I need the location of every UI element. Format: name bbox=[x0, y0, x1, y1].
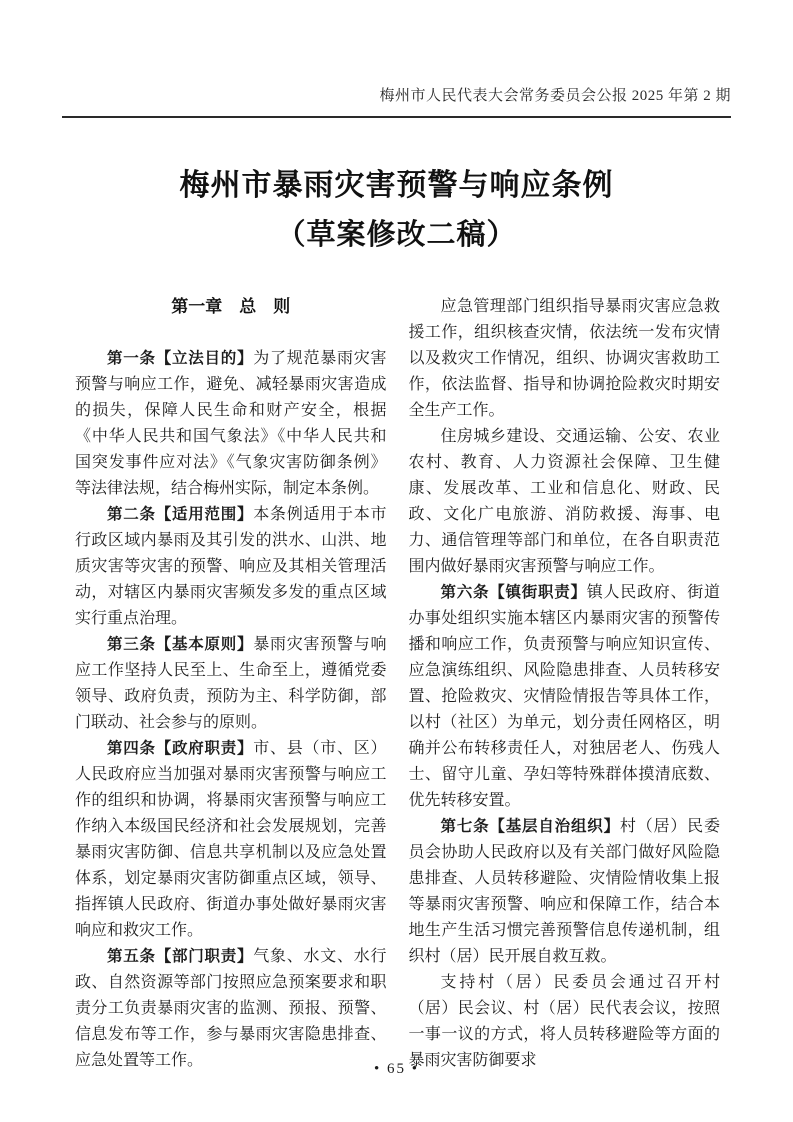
article-6-paragraph: 第六条【镇街职责】镇人民政府、街道办事处组织实施本辖区内暴雨灾害的预警传播和响应… bbox=[409, 580, 721, 814]
article-7-text: 村（居）民委员会协助人民政府以及有关部门做好风险隐患排查、人员转移避险、灾情险情… bbox=[409, 818, 721, 965]
document-title: 梅州市暴雨灾害预警与响应条例 bbox=[60, 166, 733, 206]
article-5-cont-1-text: 应急管理部门组织指导暴雨灾害应急救援工作，组织核查灾情，依法统一发布灾情以及救灾… bbox=[409, 298, 721, 419]
chapter-heading: 第一章 总 则 bbox=[75, 294, 387, 320]
article-7-paragraph: 第七条【基层自治组织】村（居）民委员会协助人民政府以及有关部门做好风险隐患排查、… bbox=[409, 814, 721, 970]
article-7-lead: 第七条【基层自治组织】 bbox=[441, 818, 620, 835]
right-column: 应急管理部门组织指导暴雨灾害应急救援工作，组织核查灾情，依法统一发布灾情以及救灾… bbox=[409, 294, 721, 1074]
article-5-cont-2-text: 住房城乡建设、交通运输、公安、农业农村、教育、人力资源社会保障、卫生健康、发展改… bbox=[409, 428, 721, 575]
article-1-paragraph: 第一条【立法目的】为了规范暴雨灾害预警与响应工作，避免、减轻暴雨灾害造成的损失，… bbox=[75, 346, 387, 502]
article-2-lead: 第二条【适用范围】 bbox=[107, 506, 253, 523]
article-3-paragraph: 第三条【基本原则】暴雨灾害预警与响应工作坚持人民至上、生命至上，遵循党委领导、政… bbox=[75, 632, 387, 736]
article-5-text: 气象、水文、水行政、自然资源等部门按照应急预案要求和职责分工负责暴雨灾害的监测、… bbox=[75, 948, 387, 1069]
article-6-text: 镇人民政府、街道办事处组织实施本辖区内暴雨灾害的预警传播和响应工作，负责预警与响… bbox=[409, 584, 721, 809]
article-5-paragraph: 第五条【部门职责】气象、水文、水行政、自然资源等部门按照应急预案要求和职责分工负… bbox=[75, 944, 387, 1074]
article-1-text: 为了规范暴雨灾害预警与响应工作，避免、减轻暴雨灾害造成的损失，保障人民生命和财产… bbox=[75, 350, 387, 497]
journal-title-line: 梅州市人民代表大会常务委员会公报 2025 年第 2 期 bbox=[62, 86, 731, 106]
article-7-continuation-paragraph: 支持村（居）民委员会通过召开村（居）民会议、村（居）民代表会议，按照一事一议的方… bbox=[409, 970, 721, 1074]
article-5-continuation-paragraph-2: 住房城乡建设、交通运输、公安、农业农村、教育、人力资源社会保障、卫生健康、发展改… bbox=[409, 424, 721, 580]
left-column: 第一章 总 则 第一条【立法目的】为了规范暴雨灾害预警与响应工作，避免、减轻暴雨… bbox=[75, 294, 387, 1074]
document-page: 梅州市人民代表大会常务委员会公报 2025 年第 2 期 梅州市暴雨灾害预警与响… bbox=[0, 0, 793, 1122]
document-subtitle: （草案修改二稿） bbox=[60, 216, 733, 254]
article-2-paragraph: 第二条【适用范围】本条例适用于本市行政区域内暴雨及其引发的洪水、山洪、地质灾害等… bbox=[75, 502, 387, 632]
article-5-lead: 第五条【部门职责】 bbox=[107, 948, 253, 965]
article-6-lead: 第六条【镇街职责】 bbox=[441, 584, 587, 601]
article-4-text: 市、县（市、区）人民政府应当加强对暴雨灾害预警与响应工作的组织和协调，将暴雨灾害… bbox=[75, 740, 387, 939]
page-number: • 65 • bbox=[374, 1061, 419, 1077]
article-2-text: 本条例适用于本市行政区域内暴雨及其引发的洪水、山洪、地质灾害等灾害的预警、响应及… bbox=[75, 506, 387, 627]
article-3-lead: 第三条【基本原则】 bbox=[107, 636, 253, 653]
running-header: 梅州市人民代表大会常务委员会公报 2025 年第 2 期 bbox=[0, 0, 793, 118]
article-4-paragraph: 第四条【政府职责】市、县（市、区）人民政府应当加强对暴雨灾害预警与响应工作的组织… bbox=[75, 736, 387, 944]
article-7-cont-text: 支持村（居）民委员会通过召开村（居）民会议、村（居）民代表会议，按照一事一议的方… bbox=[409, 974, 721, 1069]
header-rule bbox=[62, 116, 731, 118]
article-5-continuation-paragraph-1: 应急管理部门组织指导暴雨灾害应急救援工作，组织核查灾情，依法统一发布灾情以及救灾… bbox=[409, 294, 721, 424]
body-columns: 第一章 总 则 第一条【立法目的】为了规范暴雨灾害预警与响应工作，避免、减轻暴雨… bbox=[0, 294, 793, 1074]
page-footer: • 65 • bbox=[0, 1061, 793, 1078]
article-1-lead: 第一条【立法目的】 bbox=[107, 350, 253, 367]
article-4-lead: 第四条【政府职责】 bbox=[107, 740, 253, 757]
